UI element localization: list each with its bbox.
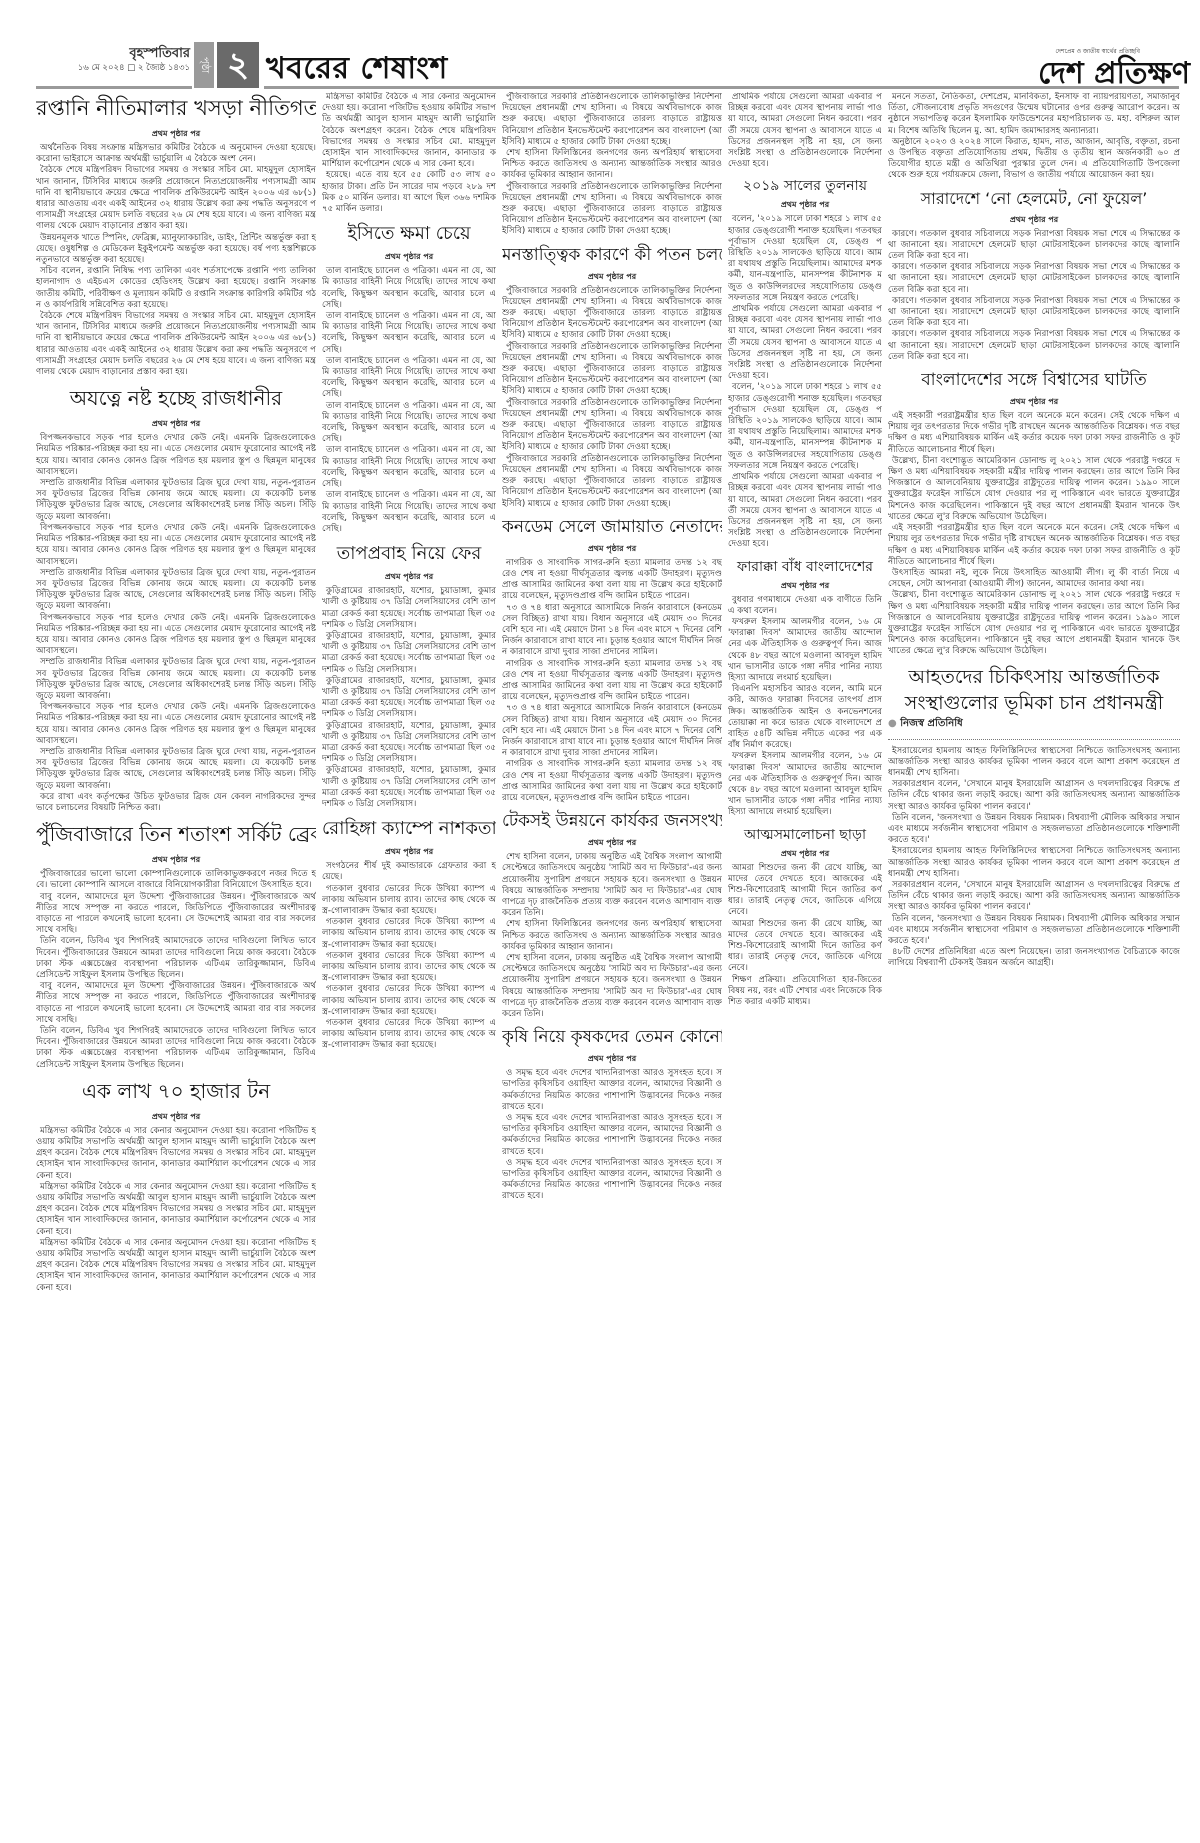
paragraph: ৪৮টি দেশের প্রতিনিধিরা এতে অংশ নিয়েছেন।… <box>888 947 1180 969</box>
paragraph: উল্লেখ্য, চীনা বংশোদ্ভূত আমেরিকান ডোনাল্… <box>888 456 1180 523</box>
paragraph: পুঁজিবাজারে সরকারি প্রতিষ্ঠানগুলোকে তালি… <box>502 92 722 148</box>
paragraph: প্রাথমিক পর্যায়ে সেগুলো আমরা একবার পরিচ… <box>728 92 882 170</box>
paragraph: শেখ হাসিনা বলেন, ঢাকায় অনুষ্ঠিত এই বৈশ্… <box>502 852 722 919</box>
headline: রোহিঙ্গা ক্যাম্পে নাশকতা <box>322 814 496 845</box>
article-export-policy: রপ্তানি নীতিমালার খসড়া নীতিগত প্রথম পৃষ… <box>36 92 316 378</box>
headline: টেকসই উন্নয়নে কার্যকর জনসংখ্যা <box>502 808 722 836</box>
paragraph: গতকাল বুধবার ভোরের দিকে উখিয়া ক্যাম্প এ… <box>322 1018 496 1052</box>
paragraph: কারণে। গতকাল বুধবার সচিবালয়ে সড়ক নিরাপ… <box>888 329 1180 363</box>
headline: বাংলাদেশের সঙ্গে বিশ্বাসের ঘাটতি <box>888 367 1180 395</box>
paragraph: শেখ হাসিনা বলেন, ঢাকায় অনুষ্ঠিত এই বৈশ্… <box>502 953 722 1020</box>
article-body: অর্থনৈতিক বিষয় সংক্রান্ত মন্ত্রিসভার কম… <box>36 143 316 378</box>
paragraph: প্রাথমিক পর্যায়ে সেগুলো আমরা একবার পরিচ… <box>728 304 882 382</box>
headline: অযত্নে নষ্ট হচ্ছে রাজধানীর <box>36 384 316 417</box>
paragraph: বলেন, '২০১৯ সালে ঢাকা শহরে ১ লাখ ৫৫ হাজা… <box>728 214 882 304</box>
article-body: ও সমৃদ্ধ হবে এবং দেশের খাদ্যনিরাপত্তা আর… <box>502 1068 722 1202</box>
paragraph: বিপজ্জনকভাবে সড়ক পার হলেও দেখার কেউ নেই… <box>36 433 316 478</box>
article-sustainable: টেকসই উন্নয়নে কার্যকর জনসংখ্যা প্রথম পৃ… <box>502 808 722 1020</box>
continuation-label: প্রথম পৃষ্ঠার পর <box>36 854 316 867</box>
headline: পুঁজিবাজারে তিন শতাংশ সর্কিট ব্রেকার <box>36 820 316 853</box>
paragraph: তাল বানাইছে চ্যানেল ও পত্রিকা। এমন না যে… <box>322 490 496 535</box>
continuation-label: প্রথম পৃষ্ঠার পর <box>502 271 722 284</box>
paragraph: ও সমৃদ্ধ হবে এবং দেশের খাদ্যনিরাপত্তা আর… <box>502 1158 722 1203</box>
paragraph: ইসরায়েলের হামলায় আহত ফিলিস্তিনিদের স্ব… <box>888 846 1180 880</box>
paragraph: তাল বানাইছে চ্যানেল ও পত্রিকা। এমন না যে… <box>322 445 496 490</box>
paragraph: ফখরুল ইসলাম আলমগীর বলেন, ১৬ মে 'ফারাক্কা… <box>728 751 882 818</box>
article-circuit-breaker: পুঁজিবাজারে তিন শতাংশ সর্কিট ব্রেকার প্র… <box>36 820 316 1071</box>
paragraph: মননে সততা, নৈতিকতা, দেশপ্রেম, মানবিকতা, … <box>888 92 1180 137</box>
paragraph: সম্প্রতি রাজধানীর বিভিন্ন এলাকার ফুটওভার… <box>36 568 316 613</box>
article-self-criticism: আত্মসমালোচনা ছাড়া প্রথম পৃষ্ঠার পর আমরা… <box>728 823 882 1009</box>
article-body: এই সহকারী পররাষ্ট্রমন্ত্রীর হাত ছিল বলে … <box>888 411 1180 657</box>
paragraph: শেখ হাসিনা ফিলিস্তিনের জনগণের জন্য অপরিহ… <box>502 919 722 953</box>
headline: এক লাখ ৭০ হাজার টন <box>36 1077 316 1110</box>
paragraph: সম্প্রতি রাজধানীর বিভিন্ন এলাকার ফুটওভার… <box>36 747 316 792</box>
paragraph: কুড়িগ্রামের রাজারহাট, যশোর, চুয়াডাঙ্গা… <box>322 676 496 721</box>
paragraph: শিক্ষণ প্রক্রিয়া। প্রতিযোগিতা হার-জিতের… <box>728 975 882 1009</box>
article-heatwave: তাপপ্রবাহ নিয়ে ফের প্রথম পৃষ্ঠার পর কুড… <box>322 539 496 810</box>
paragraph: কুড়িগ্রামের রাজারহাট, যশোর, চুয়াডাঙ্গা… <box>322 631 496 676</box>
continuation-label: প্রথম পৃষ্ঠার পর <box>36 418 316 431</box>
paragraph: সংগঠনের শীর্ষ দুই কমান্ডারকে গ্রেফতার কর… <box>322 861 496 883</box>
article-footbridge: অযত্নে নষ্ট হচ্ছে রাজধানীর প্রথম পৃষ্ঠার… <box>36 384 316 814</box>
paragraph: কারণে। গতকাল বুধবার সচিবালয়ে সড়ক নিরাপ… <box>888 296 1180 330</box>
paragraph: করে রাখা এবং কর্তৃপক্ষের উচিত ফুটওভার ব্… <box>36 792 316 814</box>
article-body: শেখ হাসিনা বলেন, ঢাকায় অনুষ্ঠিত এই বৈশ্… <box>502 852 722 1020</box>
continuation-label: প্রথম পৃষ্ঠার পর <box>728 199 882 212</box>
paragraph: তাল বানাইছে চ্যানেল ও পত্রিকা। এমন না যে… <box>322 356 496 401</box>
paragraph: মন্ত্রিসভা কমিটির বৈঠকে এ সার কেনার অনুম… <box>36 1238 316 1294</box>
headline: কনডেম সেলে জামায়াত নেতাদের <box>502 514 722 542</box>
byline-text: নিজস্ব প্রতিনিধি <box>900 718 962 729</box>
paragraph: সচিব বলেন, রপ্তানি নিষিদ্ধ পণ্য তালিকা এ… <box>36 266 316 311</box>
article-body: তাল বানাইছে চ্যানেল ও পত্রিকা। এমন না যে… <box>322 266 496 535</box>
issue-day: বৃহস্পতিবার <box>70 46 190 62</box>
paragraph: মন্ত্রিসভা কমিটির বৈঠকে এ সার কেনার অনুম… <box>36 1126 316 1182</box>
paragraph: নাগরিক ও সাংবাদিক সাগর-রুনি হত্যা মামলার… <box>502 759 722 804</box>
headline: কৃষি নিয়ে কৃষকদের তেমন কোনো <box>502 1024 722 1052</box>
article-body: সংগঠনের শীর্ষ দুই কমান্ডারকে গ্রেফতার কর… <box>322 861 496 1051</box>
column-2: মন্ত্রিসভা কমিটির বৈঠকে এ সার কেনার অনুম… <box>322 92 496 1837</box>
article-body: মননে সততা, নৈতিকতা, দেশপ্রেম, মানবিকতা, … <box>888 92 1180 182</box>
headline: আত্মসমালোচনা ছাড়া <box>728 823 882 847</box>
article-farakka: ফারাক্কা বাঁধ বাংলাদেশের প্রথম পৃষ্ঠার প… <box>728 555 882 819</box>
paragraph: বিএনপি মহাসচিব আরও বলেন, আমি মনে করি, আজ… <box>728 684 882 751</box>
continuation-label: প্রথম পৃষ্ঠার পর <box>36 1111 316 1124</box>
paragraph: পুঁজিবাজারে সরকারি প্রতিষ্ঠানগুলোকে তালি… <box>502 398 722 454</box>
paragraph: সরকারপ্রধান বলেন, 'সেখানে মানুষ ইসরায়েল… <box>888 880 1180 914</box>
paragraph: বৈঠকে শেষে মন্ত্রিপরিষদ বিভাগের সমন্বয় … <box>36 165 316 232</box>
page-label: পৃষ্ঠা <box>194 42 214 88</box>
paragraph: ৭৩ ও ৭৪ ধারা অনুসারে আসামিকে নির্জন কারা… <box>502 703 722 759</box>
article-body: পুঁজিবাজারের ভালো ভালো কোম্পানিগুলোকে তা… <box>36 869 316 1071</box>
paragraph: গতকাল বুধবার ভোরের দিকে উখিয়া ক্যাম্প এ… <box>322 951 496 985</box>
paragraph: ফখরুল ইসলাম আলমগীর বলেন, ১৬ মে 'ফারাক্কা… <box>728 617 882 684</box>
headline: সারাদেশে ‘নো হেলমেট, নো ফুয়েল’ <box>888 186 1180 213</box>
paragraph: অর্থনৈতিক বিষয় সংক্রান্ত মন্ত্রিসভার কম… <box>36 143 316 165</box>
paragraph: প্রাথমিক পর্যায়ে সেগুলো আমরা একবার পরিচ… <box>728 472 882 550</box>
article-body: পুঁজিবাজারে সরকারি প্রতিষ্ঠানগুলোকে তালি… <box>502 92 722 238</box>
paragraph: ও সমৃদ্ধ হবে এবং দেশের খাদ্যনিরাপত্তা আর… <box>502 1068 722 1113</box>
paragraph: বিপজ্জনকভাবে সড়ক পার হলেও দেখার কেউ নেই… <box>36 523 316 568</box>
paragraph: বিপজ্জনকভাবে সড়ক পার হলেও দেখার কেউ নেই… <box>36 613 316 658</box>
article-body: ইসরায়েলের হামলায় আহত ফিলিস্তিনিদের স্ব… <box>888 746 1180 970</box>
column-1: রপ্তানি নীতিমালার খসড়া নীতিগত প্রথম পৃষ… <box>36 92 316 1837</box>
paragraph: কারণে। গতকাল বুধবার সচিবালয়ে সড়ক নিরাপ… <box>888 262 1180 296</box>
headline: আহতদের চিকিৎসায় আন্তর্জাতিক সংস্থাগুলোর… <box>888 664 1180 716</box>
article-body: মন্ত্রিসভা কমিটির বৈঠকে এ সার কেনার অনুম… <box>322 92 496 215</box>
paragraph: তাল বানাইছে চ্যানেল ও পত্রিকা। এমন না যে… <box>322 311 496 356</box>
paragraph: বুধবার গণমাধ্যমে দেওয়া এক বাণীতে তিনি এ… <box>728 595 882 617</box>
issue-date-block: বৃহস্পতিবার ১৬ মে ২০২৪ □ ২ জ্যৈষ্ঠ ১৪৩১ <box>70 46 190 74</box>
paragraph: কারণে। গতকাল বুধবার সচিবালয়ে সড়ক নিরাপ… <box>888 229 1180 263</box>
paragraph: উৎসাহিত আমরা নই, লুকে নিয়ে উৎসাহিত আওয়… <box>888 568 1180 590</box>
article-body: নাগরিক ও সাংবাদিক সাগর-রুনি হত্যা মামলার… <box>502 558 722 804</box>
article-body: প্রাথমিক পর্যায়ে সেগুলো আমরা একবার পরিচ… <box>728 92 882 170</box>
issue-date: ১৬ মে ২০২৪ □ ২ জ্যৈষ্ঠ ১৪৩১ <box>70 62 190 74</box>
article-body: কুড়িগ্রামের রাজারহাট, যশোর, চুয়াডাঙ্গা… <box>322 586 496 810</box>
paragraph: তাল বানাইছে চ্যানেল ও পত্রিকা। এমন না যে… <box>322 401 496 446</box>
article-agri: কৃষি নিয়ে কৃষকদের তেমন কোনো প্রথম পৃষ্ঠ… <box>502 1024 722 1202</box>
article-rohingya: রোহিঙ্গা ক্যাম্পে নাশকতা প্রথম পৃষ্ঠার প… <box>322 814 496 1051</box>
paragraph: উল্লেখ্য, চীনা বংশোদ্ভূত আমেরিকান ডোনাল্… <box>888 590 1180 657</box>
logo-name: দেশ প্রতিক্ষণ <box>1038 56 1190 91</box>
continuation-label: প্রথম পৃষ্ঠার পর <box>502 1053 722 1066</box>
newspaper-logo: দেশপ্রেম ও জাতীয় স্বার্থের প্রতিচ্ছবি দ… <box>980 46 1190 91</box>
paragraph: বাবু বলেন, আমাদেরে মূল উদ্দেশ্য পুঁজিবাজ… <box>36 981 316 1026</box>
article-body: পুঁজিবাজারে সরকারি প্রতিষ্ঠানগুলোকে তালি… <box>502 286 722 510</box>
continuation-label: প্রথম পৃষ্ঠার পর <box>322 846 496 859</box>
byline: ● নিজস্ব প্রতিনিধি <box>888 716 1180 733</box>
paragraph: নাগরিক ও সাংবাদিক সাগর-রুনি হত্যা মামলার… <box>502 558 722 603</box>
paragraph: মন্ত্রিসভা কমিটির বৈঠকে এ সার কেনার অনুম… <box>322 92 496 170</box>
paragraph: তিনি বলেন, 'জনসংখ্যা ও উন্নয়ন বিষয়ক নি… <box>888 813 1180 847</box>
paragraph: গতকাল বুধবার ভোরের দিকে উখিয়া ক্যাম্প এ… <box>322 884 496 918</box>
continuation-label: প্রথম পৃষ্ঠার পর <box>888 396 1180 409</box>
paragraph: তাল বানাইছে চ্যানেল ও পত্রিকা। এমন না যে… <box>322 266 496 311</box>
paragraph: ইসরায়েলের হামলায় আহত ফিলিস্তিনিদের স্ব… <box>888 746 1180 780</box>
article-body: কারণে। গতকাল বুধবার সচিবালয়ে সড়ক নিরাপ… <box>888 229 1180 363</box>
article-trust-deficit: বাংলাদেশের সঙ্গে বিশ্বাসের ঘাটতি প্রথম প… <box>888 367 1180 657</box>
paragraph: তিনি বলেন, ডিবিএ খুব শিগগিরই আমাদেরকে তা… <box>36 936 316 981</box>
article-body: মন্ত্রিসভা কমিটির বৈঠকে এ সার কেনার অনুম… <box>36 1126 316 1294</box>
paragraph: আমরা শিশুদের জন্য কী রেখে যাচ্ছি, আমাদের… <box>728 919 882 975</box>
paragraph: গতকাল বুধবার ভোরের দিকে উখিয়া ক্যাম্প এ… <box>322 917 496 951</box>
article-fertilizer: এক লাখ ৭০ হাজার টন প্রথম পৃষ্ঠার পর মন্ত… <box>36 1077 316 1294</box>
headline: তাপপ্রবাহ নিয়ে ফের <box>322 539 496 570</box>
paragraph: কুড়িগ্রামের রাজারহাট, যশোর, চুয়াডাঙ্গা… <box>322 765 496 810</box>
paragraph: নাগরিক ও সাংবাদিক সাগর-রুনি হত্যা মামলার… <box>502 659 722 704</box>
paragraph: ৭৩ ও ৭৪ ধারা অনুসারে আসামিকে নির্জন কারা… <box>502 603 722 659</box>
paragraph: পুঁজিবাজারে সরকারি প্রতিষ্ঠানগুলোকে তালি… <box>502 286 722 342</box>
paragraph: এই সহকারী পররাষ্ট্রমন্ত্রীর হাত ছিল বলে … <box>888 523 1180 568</box>
headline: ২০১৯ সালের তুলনায় <box>728 174 882 198</box>
article-body: বিপজ্জনকভাবে সড়ক পার হলেও দেখার কেউ নেই… <box>36 433 316 814</box>
paragraph: সরকারপ্রধান বলেন, 'সেখানে মানুষ ইসরায়েল… <box>888 779 1180 813</box>
continuation-label: প্রথম পৃষ্ঠার পর <box>888 214 1180 227</box>
headline: ফারাক্কা বাঁধ বাংলাদেশের <box>728 555 882 579</box>
article-dengue: ২০১৯ সালের তুলনায় প্রথম পৃষ্ঠার পর বলেন… <box>728 174 882 550</box>
paragraph: উন্নয়নমূলক খাতে স্পিনিং, ফেব্রিক্স, ম্য… <box>36 233 316 267</box>
paragraph: বৈঠকে শেষে মন্ত্রিপরিষদ বিভাগের সমন্বয় … <box>36 311 316 378</box>
paragraph: অনুষ্ঠানে ২০২৩ ও ২০২৪ সালে কিরাত, হামদ, … <box>888 137 1180 182</box>
continuation-label: প্রথম পৃষ্ঠার পর <box>728 848 882 861</box>
paragraph: পুঁজিবাজারের ভালো ভালো কোম্পানিগুলোকে তা… <box>36 869 316 891</box>
paragraph: কুড়িগ্রামের রাজারহাট, যশোর, চুয়াডাঙ্গা… <box>322 586 496 631</box>
paragraph: ও সমৃদ্ধ হবে এবং দেশের খাদ্যনিরাপত্তা আর… <box>502 1113 722 1158</box>
paragraph: বাবু বলেন, আমাদেরে মূল উদ্দেশ্য পুঁজিবাজ… <box>36 892 316 937</box>
paragraph: বলেন, '২০১৯ সালে ঢাকা শহরে ১ লাখ ৫৫ হাজা… <box>728 382 882 472</box>
continuation-label: প্রথম পৃষ্ঠার পর <box>322 571 496 584</box>
divider <box>888 739 1180 740</box>
paragraph: তিনি বলেন, 'জনসংখ্যা ও উন্নয়ন বিষয়ক নি… <box>888 914 1180 948</box>
continuation-label: প্রথম পৃষ্ঠার পর <box>728 580 882 593</box>
masthead: বৃহস্পতিবার ১৬ মে ২০২৪ □ ২ জ্যৈষ্ঠ ১৪৩১ … <box>0 0 1200 92</box>
column-5: মননে সততা, নৈতিকতা, দেশপ্রেম, মানবিকতা, … <box>888 92 1180 1837</box>
continuation-label: প্রথম পৃষ্ঠার পর <box>502 543 722 556</box>
article-body: আমরা শিশুদের জন্য কী রেখে যাচ্ছি, আমাদের… <box>728 863 882 1009</box>
headline: ইসিতে ক্ষমা চেয়ে <box>322 219 496 250</box>
article-condemned-cell: কনডেম সেলে জামায়াত নেতাদের প্রথম পৃষ্ঠা… <box>502 514 722 804</box>
paragraph: কুড়িগ্রামের রাজারহাট, যশোর, চুয়াডাঙ্গা… <box>322 721 496 766</box>
article-psychology: মনস্তাত্ত্বিক কারণে কী পতন চলছে প্রথম পৃ… <box>502 242 722 510</box>
headline: মনস্তাত্ত্বিক কারণে কী পতন চলছে <box>502 242 722 270</box>
column-3: পুঁজিবাজারে সরকারি প্রতিষ্ঠানগুলোকে তালি… <box>502 92 722 1837</box>
paragraph: মন্ত্রিসভা কমিটির বৈঠকে এ সার কেনার অনুম… <box>36 1182 316 1238</box>
article-body: বুধবার গণমাধ্যমে দেওয়া এক বাণীতে তিনি এ… <box>728 595 882 819</box>
continuation-label: প্রথম পৃষ্ঠার পর <box>502 837 722 850</box>
bullet-icon: ● <box>888 718 900 729</box>
article-apology: ইসিতে ক্ষমা চেয়ে প্রথম পৃষ্ঠার পর তাল ব… <box>322 219 496 535</box>
paragraph: এই সহকারী পররাষ্ট্রমন্ত্রীর হাত ছিল বলে … <box>888 411 1180 456</box>
paragraph: সম্প্রতি রাজধানীর বিভিন্ন এলাকার ফুটওভার… <box>36 478 316 523</box>
continuation-label: প্রথম পৃষ্ঠার পর <box>322 251 496 264</box>
paragraph: বিপজ্জনকভাবে সড়ক পার হলেও দেখার কেউ নেই… <box>36 702 316 747</box>
paragraph: শেখ হাসিনা ফিলিস্তিনের জনগণের জন্য অপরিহ… <box>502 148 722 182</box>
paragraph: হয়েছে। এতে ব্যয় হবে ৫৫ কোটি ৫৩ লাখ ৫০ … <box>322 170 496 215</box>
paragraph: পুঁজিবাজারে সরকারি প্রতিষ্ঠানগুলোকে তালি… <box>502 454 722 510</box>
continuation-label: প্রথম পৃষ্ঠার পর <box>36 128 316 141</box>
headline: রপ্তানি নীতিমালার খসড়া নীতিগত <box>36 92 316 127</box>
page-number: ২ <box>217 42 259 88</box>
paragraph: তিনি বলেন, ডিবিএ খুব শিগগিরই আমাদেরকে তা… <box>36 1026 316 1071</box>
article-body: বলেন, '২০১৯ সালে ঢাকা শহরে ১ লাখ ৫৫ হাজা… <box>728 214 882 550</box>
paragraph: পুঁজিবাজারে সরকারি প্রতিষ্ঠানগুলোকে তালি… <box>502 342 722 398</box>
article-helmet: সারাদেশে ‘নো হেলমেট, নো ফুয়েল’ প্রথম পৃ… <box>888 186 1180 363</box>
paragraph: সম্প্রতি রাজধানীর বিভিন্ন এলাকার ফুটওভার… <box>36 657 316 702</box>
article-gaza: আহতদের চিকিৎসায় আন্তর্জাতিক সংস্থাগুলোর… <box>888 664 1180 970</box>
column-4: প্রাথমিক পর্যায়ে সেগুলো আমরা একবার পরিচ… <box>728 92 882 1837</box>
header-rule-left <box>36 86 192 89</box>
paragraph: আমরা শিশুদের জন্য কী রেখে যাচ্ছি, আমাদের… <box>728 863 882 919</box>
paragraph: পুঁজিবাজারে সরকারি প্রতিষ্ঠানগুলোকে তালি… <box>502 182 722 238</box>
paragraph: গতকাল বুধবার ভোরের দিকে উখিয়া ক্যাম্প এ… <box>322 984 496 1018</box>
